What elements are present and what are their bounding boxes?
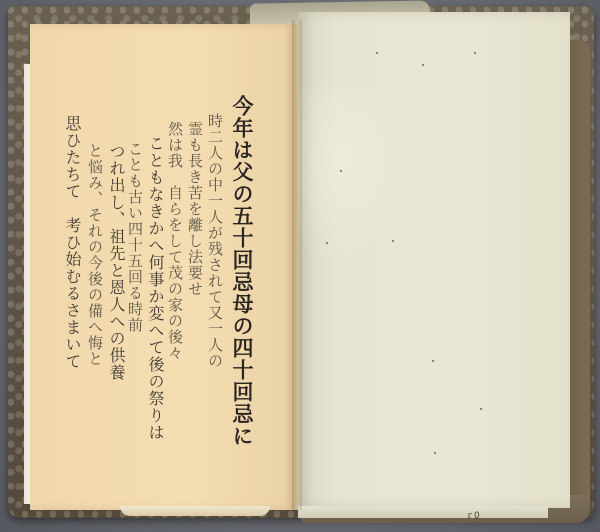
photo-background: 今年は父の五十回忌母の四十回忌に 時二人の中一人が残されて又一人の 霊も長き苦を…	[0, 0, 600, 532]
paper-speck	[326, 242, 328, 244]
text-column-2: 時二人の中一人が残されて又一人の	[205, 113, 226, 369]
under-sheet-edge	[298, 506, 548, 518]
text-column-4: 然は我 自らをして茂の家の後々	[165, 121, 186, 361]
paper-speck	[474, 52, 476, 54]
paper-speck	[392, 240, 394, 242]
paper-speck	[376, 52, 378, 54]
text-column-6: ことも古い四十五回る時前	[125, 141, 146, 333]
paper-speck	[434, 452, 436, 454]
page-bottom-curl	[120, 506, 270, 516]
paper-speck	[340, 170, 342, 172]
text-column-7: つれ出し、祖先と恩人への供養	[105, 143, 128, 381]
page-fold-shading	[298, 87, 418, 267]
book-gutter	[292, 20, 302, 510]
text-column-8: と悩み、それの今後の備へ悔と	[85, 143, 106, 367]
text-column-9: 思ひたちて 考ひ始むるさまいて	[61, 115, 84, 370]
text-column-5: こともなきかへ何事か変へて後の祭りは	[144, 135, 167, 441]
handwritten-text: 今年は父の五十回忌母の四十回忌に 時二人の中一人が残されて又一人の 霊も長き苦を…	[55, 95, 250, 435]
text-column-3: 霊も長き苦を離し法要せ	[185, 121, 206, 297]
cover-mark: ｒ0	[465, 508, 480, 521]
right-page-blank	[298, 12, 570, 508]
paper-speck	[432, 360, 434, 362]
text-column-1: 今年は父の五十回忌母の四十回忌に	[227, 95, 257, 447]
page-stack-edge	[24, 64, 30, 504]
paper-speck	[480, 408, 482, 410]
paper-speck	[422, 64, 424, 66]
